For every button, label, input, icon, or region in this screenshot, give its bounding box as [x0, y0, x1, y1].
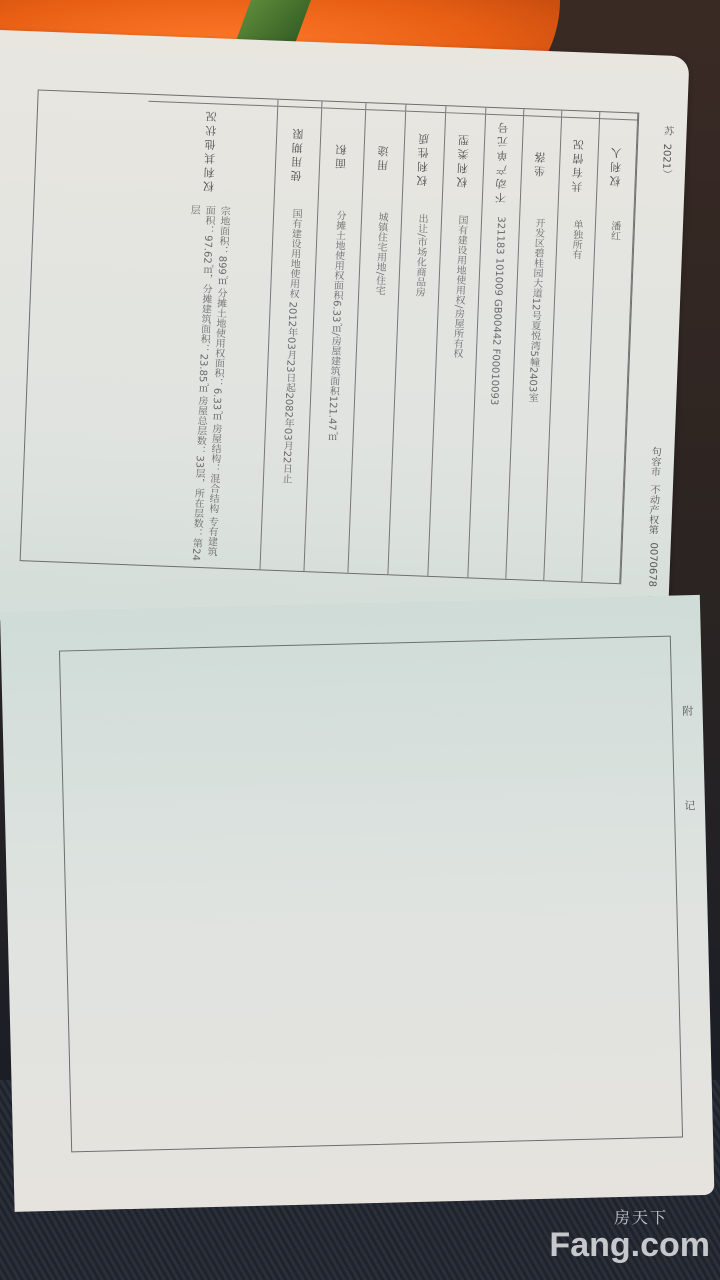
- row-label: 共有情况: [559, 117, 600, 211]
- annex-frame: [59, 636, 683, 1153]
- certificate-page-registration: 苏 2021） 句容市 不动产权第 0070678 号 权利人潘红共有情况单独所…: [0, 30, 689, 646]
- watermark-en: Fang.com: [549, 1228, 710, 1262]
- annex-title: 附 记: [678, 705, 698, 851]
- header-prefix: 苏: [644, 125, 674, 136]
- header-title: 不动产权第: [629, 484, 661, 535]
- row-value: 城镇住宅用地/住宅: [359, 207, 401, 300]
- row-label: 坐落: [521, 115, 562, 209]
- row-label: 权利性质: [403, 111, 446, 205]
- row-value: 开发区碧桂园大道12号夏悦湾5幢2403室: [513, 213, 557, 407]
- row-value: 321183 101009 GB00442 F00010093: [475, 212, 520, 410]
- row-label: 面积: [319, 107, 366, 202]
- row-value: 分摊土地使用权面积6.33㎡/房屋建筑面积121.47㎡: [309, 205, 361, 445]
- row-label: 不动产单元号: [483, 114, 524, 208]
- row-label: 使用期限: [275, 106, 322, 201]
- header-city: 句容市: [631, 446, 662, 477]
- row-label: 用途: [363, 109, 406, 203]
- watermark-cn: 房天下: [549, 1205, 668, 1228]
- fang-watermark: 房天下 Fang.com: [549, 1205, 710, 1262]
- row-value: 国有建设用地使用权/房屋所有权: [437, 210, 482, 363]
- row-value: 单独所有: [556, 215, 595, 264]
- row-value: 出让/市场化商品房: [399, 209, 441, 302]
- row-value: 潘红: [595, 216, 633, 245]
- header-number: 0070678: [627, 542, 659, 588]
- certificate-table: 权利人潘红共有情况单独所有坐落开发区碧桂园大道12号夏悦湾5幢2403室不动产单…: [20, 89, 640, 584]
- certificate-page-annex: 附 记: [0, 595, 714, 1212]
- row-label: 权利类型: [443, 112, 486, 206]
- row-value: 宗地面积：899㎡ 分摊土地使用权面积：6.33㎡ 房屋结构：混合结构 专有建筑…: [131, 199, 274, 570]
- header-year: 2021）: [643, 143, 674, 180]
- table-row: 权利其他状况宗地面积：899㎡ 分摊土地使用权面积：6.33㎡ 房屋结构：混合结…: [131, 95, 279, 570]
- row-label: 权利其他状况: [145, 101, 277, 199]
- row-label: 权利人: [596, 118, 637, 212]
